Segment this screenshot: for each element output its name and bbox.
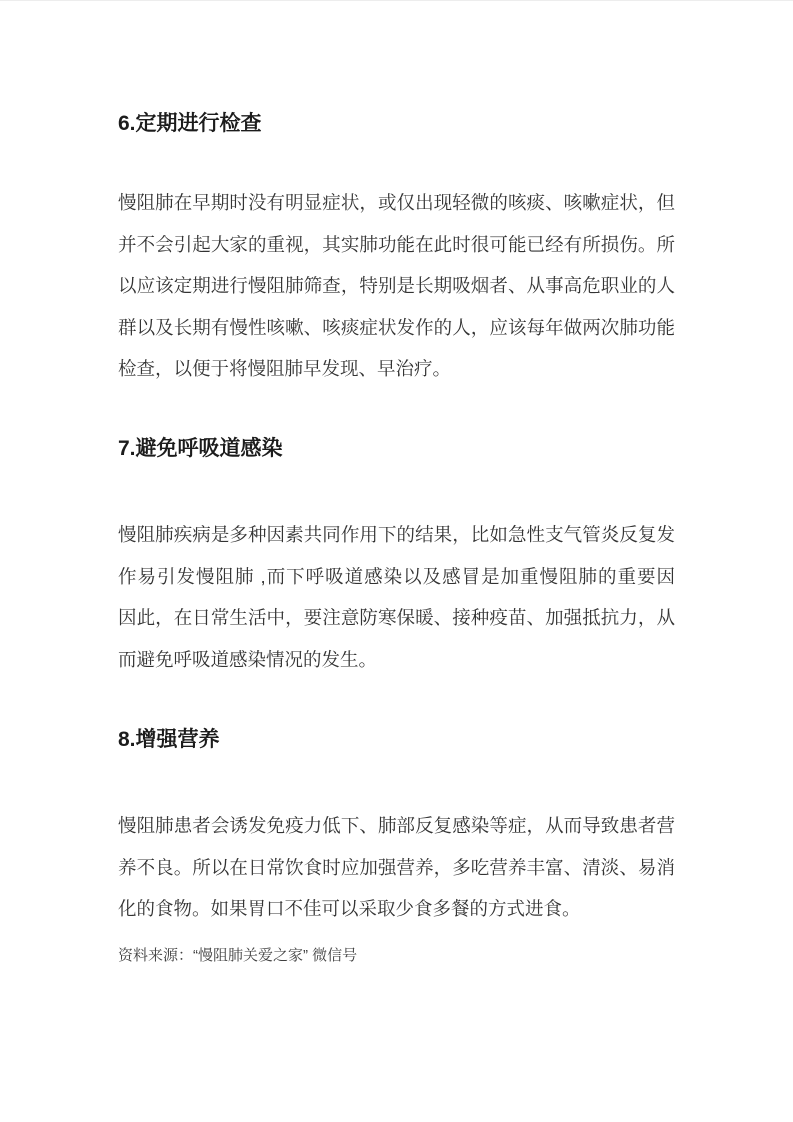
paragraph-improve-nutrition: 慢阻肺患者会诱发免疫力低下、肺部反复感染等症，从而导致患者营 养不良。所以在日常…: [118, 805, 675, 930]
source-note: 资料来源：“慢阻肺关爱之家” 微信号: [118, 945, 675, 967]
paragraph-line: 养不良。所以在日常饮食时应加强营养，多吃营养丰富、清淡、易消: [118, 847, 675, 889]
paragraph-line: 群以及长期有慢性咳嗽、咳痰症状发作的人，应该每年做两次肺功能: [118, 307, 675, 349]
paragraph-line: 慢阻肺患者会诱发免疫力低下、肺部反复感染等症，从而导致患者营: [118, 805, 675, 847]
section-heading-improve-nutrition: 8.增强营养: [118, 727, 675, 753]
paragraph-line: 检查，以便于将慢阻肺早发现、早治疗。: [118, 348, 675, 390]
paragraph-line: 以应该定期进行慢阻肺筛查，特别是长期吸烟者、从事高危职业的人: [118, 265, 675, 307]
paragraph-line: 作易引发慢阻肺 ,而下呼吸道感染以及感冒是加重慢阻肺的重要因素。: [118, 556, 675, 598]
section-heading-avoid-respiratory-infection: 7.避免呼吸道感染: [118, 436, 675, 462]
paragraph-line: 因此，在日常生活中，要注意防寒保暖、接种疫苗、加强抵抗力，从: [118, 597, 675, 639]
section-heading-regular-checkups: 6.定期进行检查: [118, 111, 675, 137]
paragraph-line: 并不会引起大家的重视，其实肺功能在此时很可能已经有所损伤。所: [118, 224, 675, 266]
paragraph-regular-checkups: 慢阻肺在早期时没有明显症状，或仅出现轻微的咳痰、咳嗽症状，但 并不会引起大家的重…: [118, 182, 675, 390]
document-page: 6.定期进行检查 慢阻肺在早期时没有明显症状，或仅出现轻微的咳痰、咳嗽症状，但 …: [0, 0, 793, 1122]
paragraph-line: 而避免呼吸道感染情况的发生。: [118, 639, 675, 681]
paragraph-line: 化的食物。如果胃口不佳可以采取少食多餐的方式进食。: [118, 888, 675, 930]
paragraph-line: 慢阻肺在早期时没有明显症状，或仅出现轻微的咳痰、咳嗽症状，但: [118, 182, 675, 224]
paragraph-avoid-respiratory-infection: 慢阻肺疾病是多种因素共同作用下的结果，比如急性支气管炎反复发 作易引发慢阻肺 ,…: [118, 514, 675, 680]
paragraph-line: 慢阻肺疾病是多种因素共同作用下的结果，比如急性支气管炎反复发: [118, 514, 675, 556]
